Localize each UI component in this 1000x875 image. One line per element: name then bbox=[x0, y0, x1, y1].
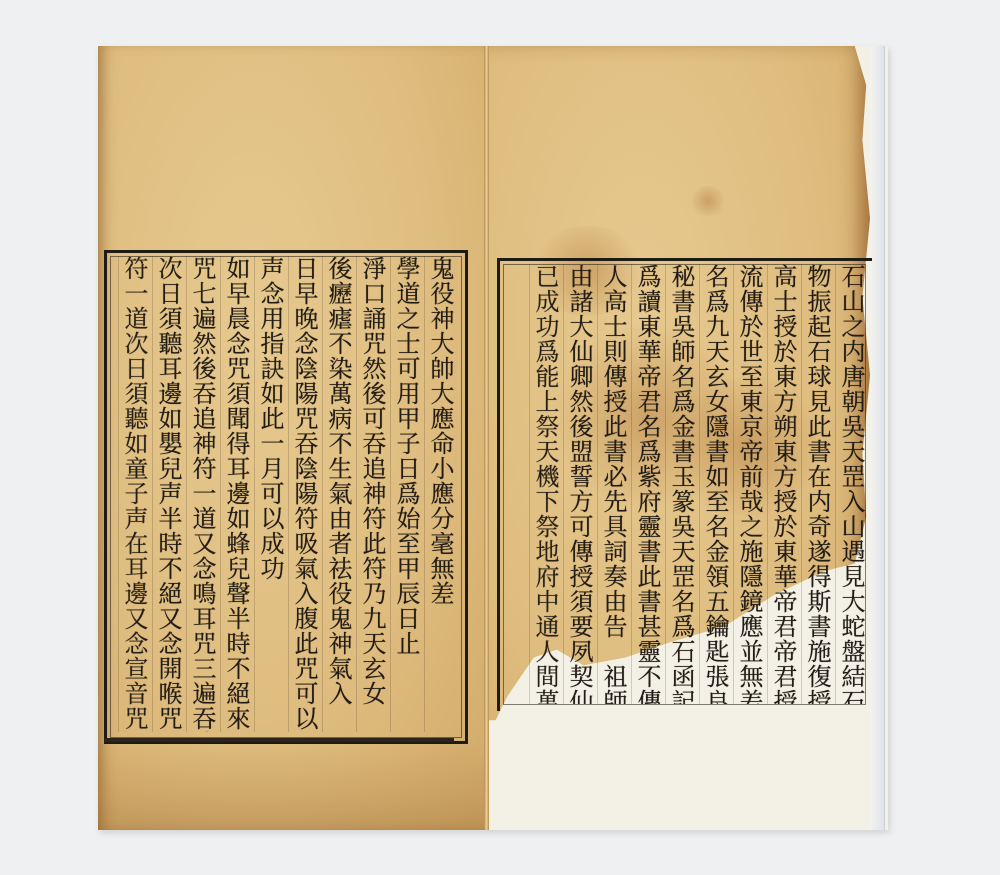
text-column: 如早晨念咒須聞得耳邊如蜂兒聲半時不絕來日又念 bbox=[220, 256, 250, 732]
text-column: 次日須聽耳邊如嬰兒声半時不絕又念開喉咒三遍吞 bbox=[152, 256, 182, 732]
text-column: 秘書吳師名爲金書玉篆吳天罡名爲石函記東方朔 bbox=[665, 264, 695, 704]
text-column: 高士授於東方朔東方授於東華帝君帝君授於 bbox=[767, 264, 797, 704]
text-column: 流傳於世至東京帝前哉之施隱鏡應並無差誤此 bbox=[733, 264, 763, 704]
text-column: 學道之士可用甲子日爲始至甲辰日止 bbox=[390, 256, 420, 732]
left-frame-bottom-rule bbox=[104, 738, 454, 742]
text-column: 爲讀東華帝君名爲紫府靈書此書甚靈不傳下等之人 bbox=[631, 264, 661, 704]
left-text-block: 鬼役神大帥大應命小應分毫無差 學道之士可用甲子日爲始至甲辰日止 淨口誦咒然後可吞… bbox=[112, 256, 458, 732]
text-column: 人高士則傳授此書必先具詞奏由告 祖師九天玄女 bbox=[597, 264, 627, 704]
text-column: 名爲九天玄女隱書如至名金領五鑰匙張良名 bbox=[699, 264, 729, 704]
text-column: 物振起石球見此書在内奇遂得斯書施復授 bbox=[801, 264, 831, 704]
text-column: 淨口誦咒然後可吞追神符此符乃九天玄女 bbox=[356, 256, 386, 732]
text-column: 咒七遍然後吞追神符一道又念鳴耳咒三遍吞鳴耳符 bbox=[186, 256, 216, 732]
text-column: 鬼役神大帥大應命小應分毫無差 bbox=[424, 256, 454, 732]
text-column: 声念用指訣如此一月可以成功 bbox=[254, 256, 284, 732]
right-text-block: 石山之内唐朝吳天罡入山遇見大蛇盤結石 物振起石球見此書在内奇遂得斯書施復授 高士… bbox=[503, 264, 869, 704]
text-column: 後癧瘧不染萬病不生氣由者祛役鬼神氣入 bbox=[322, 256, 352, 732]
backing-edge bbox=[870, 46, 885, 830]
text-column: 符一道次日須聽如童子声在耳邊又念宣音咒三遍吞 bbox=[118, 256, 148, 732]
book-spine-fold bbox=[484, 46, 489, 830]
text-column: 石山之内唐朝吳天罡入山遇見大蛇盤結石 bbox=[835, 264, 865, 704]
water-stain bbox=[688, 186, 728, 216]
worn-bottom-margin bbox=[98, 740, 486, 830]
text-column: 由諸大仙卿然後盟誓方可傳授須要夙契仙緣者 bbox=[563, 264, 593, 704]
text-column: 已成功爲能上祭天機下祭地府中通人間萬物 bbox=[529, 264, 559, 704]
book-scene: 鬼役神大帥大應命小應分毫無差 學道之士可用甲子日爲始至甲辰日止 淨口誦咒然後可吞… bbox=[0, 0, 1000, 875]
text-column: 日早晚念陰陽咒吞陰陽符吸氣入腹此咒可以 bbox=[288, 256, 318, 732]
